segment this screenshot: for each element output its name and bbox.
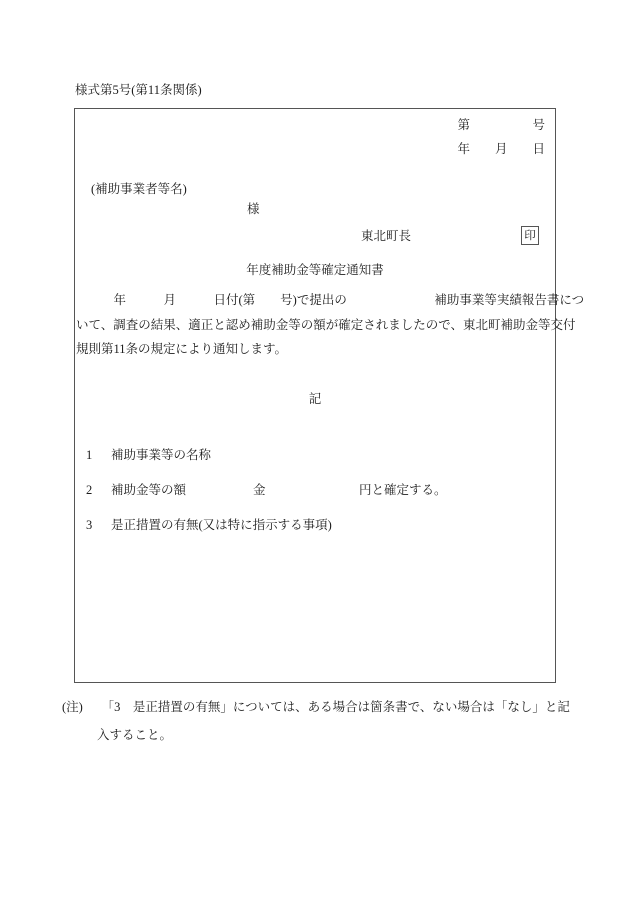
addressee-honorific: 様 bbox=[247, 202, 260, 216]
footnote-line: 入すること。 bbox=[97, 728, 172, 742]
item-label: 補助事業等の名称 bbox=[111, 448, 211, 462]
item-label: 是正措置の有無(又は特に指示する事項) bbox=[111, 518, 332, 532]
addressee-placeholder: (補助事業者等名) bbox=[91, 182, 187, 196]
item-number: 3 bbox=[86, 518, 92, 532]
form-number-label: 様式第5号(第11条関係) bbox=[75, 83, 202, 97]
item-number: 2 bbox=[86, 483, 92, 497]
record-marker: 記 bbox=[75, 392, 555, 406]
sender-title: 東北町長 bbox=[361, 229, 411, 243]
document-title: 年度補助金等確定通知書 bbox=[75, 263, 555, 277]
seal-mark: 印 bbox=[521, 226, 539, 245]
body-line: いて、調査の結果、適正と認め補助金等の額が確定されましたので、東北町補助金等交付 bbox=[76, 318, 576, 332]
document-date-line: 年 月 日 bbox=[457, 142, 545, 156]
footnote-line: (注) 「3 是正措置の有無」については、ある場合は箇条書で、ない場合は「なし」… bbox=[62, 700, 570, 714]
amount-suffix: 円と確定する。 bbox=[359, 483, 447, 497]
document-page: { "form_label": "様式第5号(第11条関係)", "notice… bbox=[0, 0, 630, 915]
body-line: 年 月 日付(第 号)で提出の 補助事業等実績報告書につ bbox=[76, 293, 584, 307]
item-label: 補助金等の額 bbox=[111, 483, 186, 497]
amount-prefix: 金 bbox=[253, 483, 266, 497]
document-frame: 第 号 年 月 日 (補助事業者等名) 様 東北町長 印 年度補助金等確定通知書… bbox=[74, 108, 556, 683]
document-number-line: 第 号 bbox=[457, 118, 545, 132]
item-number: 1 bbox=[86, 448, 92, 462]
seal-area: 印 bbox=[521, 226, 539, 245]
body-line: 規則第11条の規定により通知します。 bbox=[76, 342, 287, 356]
